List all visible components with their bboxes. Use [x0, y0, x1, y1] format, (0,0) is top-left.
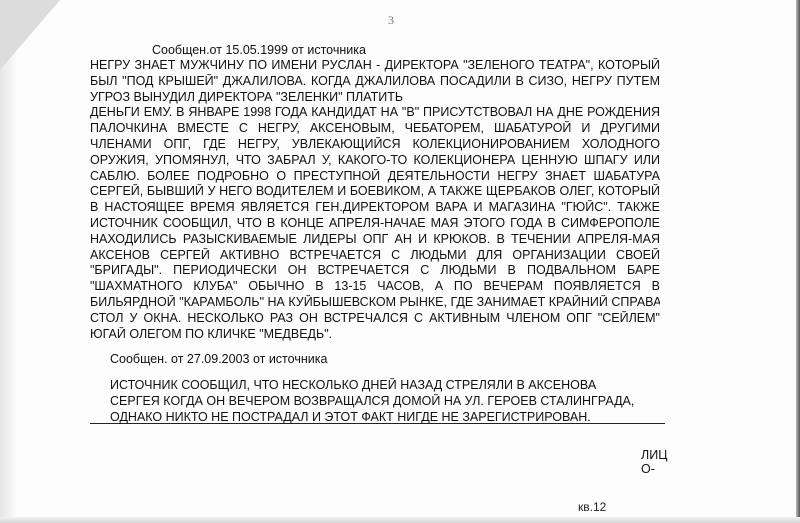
report-2-header: Сообщен. от 27.09.2003 от источника: [110, 352, 327, 366]
text-line: ДЕНЬГИ ЕМУ. В ЯНВАРЕ 1998 ГОДА КАНДИДАТ …: [90, 105, 660, 121]
scan-edge-bottom: [0, 517, 800, 523]
text-line: ЮГАЙ ОЛЕГОМ ПО КЛИЧКЕ "МЕДВЕДЬ".: [90, 327, 660, 343]
text-line: "БРИГАДЫ". ПЕРИОДИЧЕСКИ ОН ВСТРЕЧАЕТСЯ С…: [90, 263, 660, 279]
report-1-body: НЕГРУ ЗНАЕТ МУЖЧИНУ ПО ИМЕНИ РУСЛАН - ДИ…: [90, 58, 660, 342]
scan-shadow: [0, 0, 16, 523]
text-line: ИСТОЧНИК СООБЩИЛ, ЧТО НЕСКОЛЬКО ДНЕЙ НАЗ…: [110, 378, 665, 394]
text-line: УГРОЗ ВЫНУДИЛ ДИРЕКТОРА "ЗЕЛЕНКИ" ПЛАТИТ…: [90, 90, 660, 106]
text-line: "ШАХМАТНОГО КЛУБА" ОБЫЧНО В 13-15 ЧАСОВ,…: [90, 279, 660, 295]
signature-line-1: ЛИЦ: [641, 448, 667, 462]
document-page: 3 Сообщен.от 15.05.1999 от источника НЕГ…: [0, 0, 797, 523]
text-line: СТОЛ У ОКНА. НЕСКОЛЬКО РАЗ ОН ВСТРЕЧАЛСЯ…: [90, 311, 660, 327]
text-line: ПАЛОЧКИНА ВМЕСТЕ С НЕГРУ, АКСЕНОВЫМ, ЧЕБ…: [90, 121, 660, 137]
text-line: НАХОДИЛИСЬ РАЗЫСКИВАЕМЫЕ ЛИДЕРЫ ОПГ АН И…: [90, 232, 660, 248]
text-line: ИСТОЧНИК СООБЩИЛ, ЧТО В КОНЦЕ АПРЕЛЯ-НАЧ…: [90, 216, 660, 232]
signature-line-2: О-: [641, 462, 655, 476]
text-line: В НАСТОЯЩЕЕ ВРЕМЯ ЯВЛЯЕТСЯ ГЕН.ДИРЕКТОРО…: [90, 200, 660, 216]
folded-corner: [0, 0, 60, 70]
text-line: АКСЕНОВ СЕРГЕЙ АКТИВНО ВСТРЕЧАЕТСЯ С ЛЮД…: [90, 248, 660, 264]
text-line: СЕРГЕЙ, БЫВШИЙ У НЕГО ВОДИТЕЛЕМ И БОЕВИК…: [90, 184, 660, 200]
text-line: САБЛЮ. БОЛЕЕ ПОДРОБНО О ПРЕСТУПНОЙ ДЕЯТЕ…: [90, 169, 660, 185]
text-line: БИЛЬЯРДНОЙ "КАРАМБОЛЬ" НА КУЙБЫШЕВСКОМ Р…: [90, 295, 660, 311]
text-line: ЧЛЕНАМИ ОПГ, ГДЕ НЕГРУ, УВЛЕКАЮЩИЙСЯ КОЛ…: [90, 137, 660, 153]
scan-edge-right: [796, 0, 800, 523]
text-line: ОРУЖИЯ, УПОМЯНУЛ, ЧТО ЗАБРАЛ У, КАКОГО-Т…: [90, 153, 660, 169]
separator-line: [90, 423, 665, 424]
apartment-number: кв.12: [578, 500, 606, 514]
page-number: 3: [388, 13, 394, 28]
text-line: БЫЛ "ПОД КРЫШЕЙ" ДЖАЛИЛОВА. КОГДА ДЖАЛИЛ…: [90, 74, 660, 90]
report-1-header: Сообщен.от 15.05.1999 от источника: [152, 43, 366, 57]
text-line: НЕГРУ ЗНАЕТ МУЖЧИНУ ПО ИМЕНИ РУСЛАН - ДИ…: [90, 58, 660, 74]
report-2-body: ИСТОЧНИК СООБЩИЛ, ЧТО НЕСКОЛЬКО ДНЕЙ НАЗ…: [110, 378, 665, 425]
text-line: СЕРГЕЯ КОГДА ОН ВЕЧЕРОМ ВОЗВРАЩАЛСЯ ДОМО…: [110, 394, 665, 410]
